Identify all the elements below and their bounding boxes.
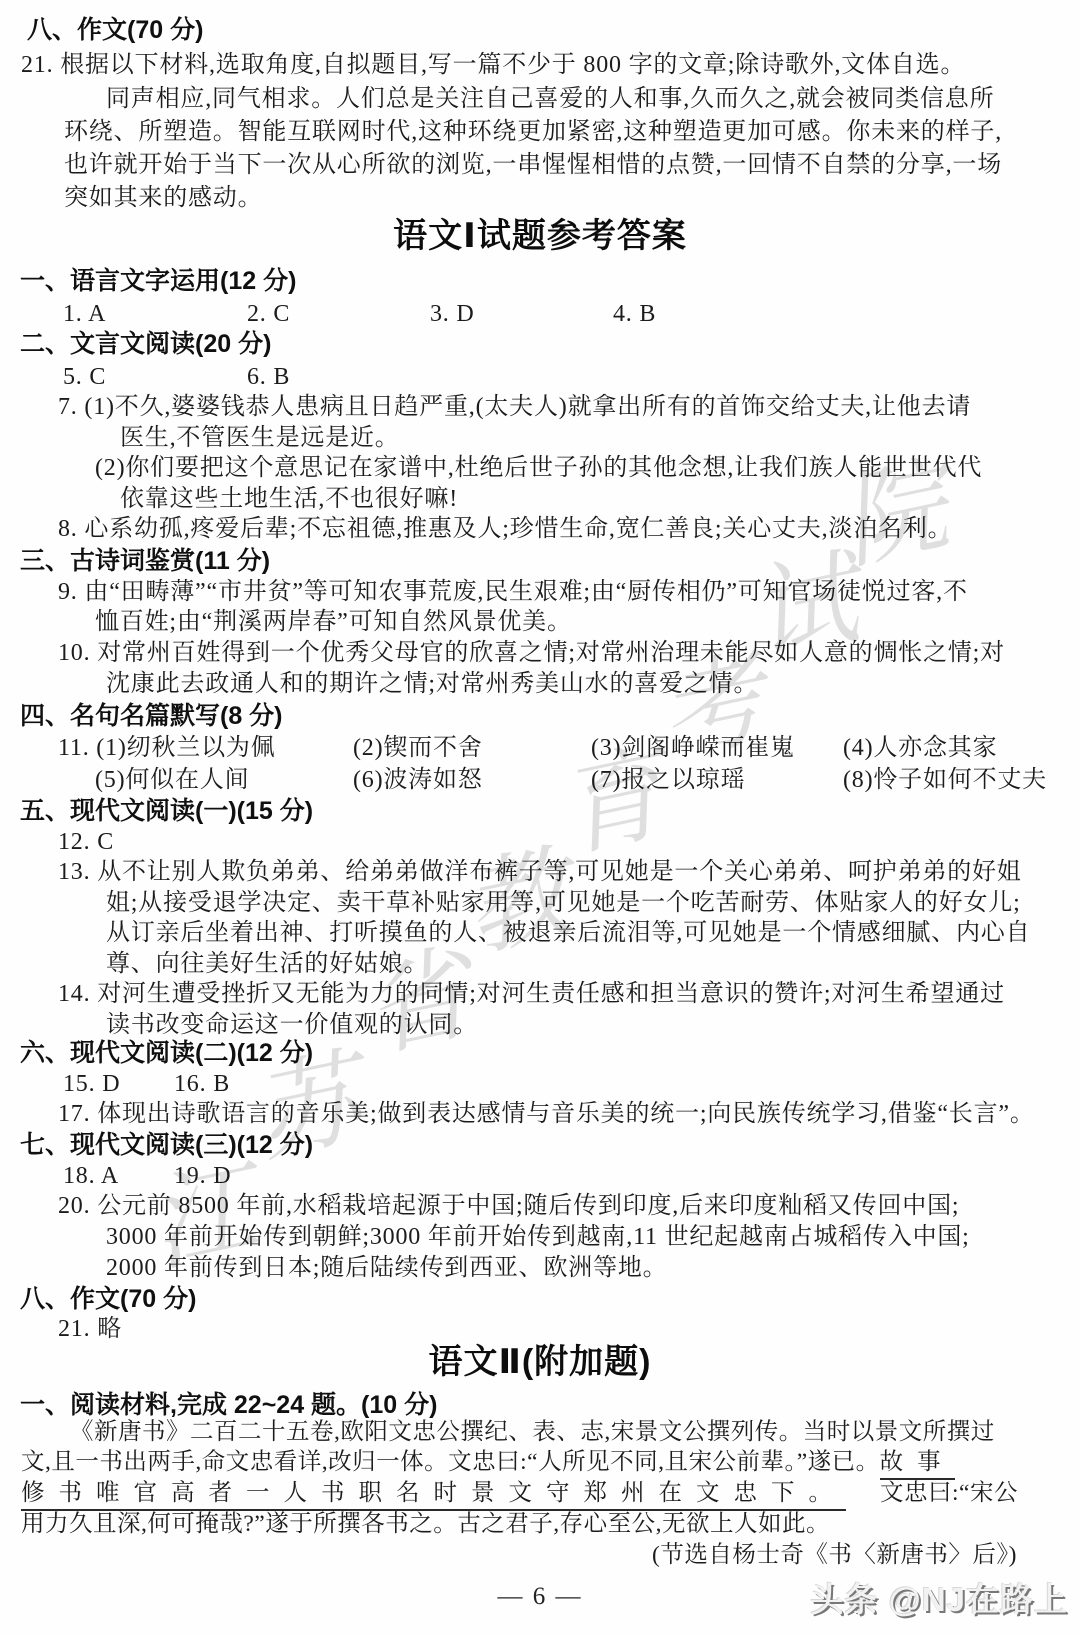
doc-text: 医生,不管医生是远是近。 (120, 425, 400, 451)
doc-text: 18. A (63, 1161, 119, 1191)
doc-text: (6)波涛如怒 (353, 765, 483, 795)
doc-text: 从订亲后坐着出神、打听摸鱼的人、被退亲后流泪等,可见她是一个情感细腻、内心自 (106, 920, 1030, 946)
doc-text: (节选自杨士奇《书〈新唐书〉后》) (652, 1542, 1017, 1568)
doc-text: 16. B (174, 1069, 230, 1099)
underlined-passage: 故事 (880, 1449, 955, 1480)
doc-text: 尊、向往美好生活的好姑娘。 (106, 951, 428, 977)
doc-text: 8. 心系幼孤,疼爱后辈;不忘祖德,推惠及人;珍惜生命,宽仁善良;关心丈夫,淡泊… (58, 516, 952, 542)
doc-line: 姐;从接受退学决定、卖干草补贴家用等,可见她是一个吃苦耐劳、体贴家人的好女儿; (0, 888, 1080, 918)
doc-text: 用力久且深,何可掩哉?”遂于所撰各书之。古之君子,存心至公,无欲上人如此。 (21, 1511, 830, 1537)
doc-line: 17. 体现出诗歌语言的音乐美;做到表达感情与音乐美的统一;向民族传统学习,借鉴… (0, 1099, 1080, 1129)
doc-text: 19. D (174, 1161, 231, 1191)
doc-text: 一、阅读材料,完成 22~24 题。(10 分) (20, 1391, 437, 1419)
doc-text: 1. A (63, 299, 106, 329)
section-heading: 四、名句名篇默写(8 分) (0, 701, 1080, 731)
doc-line: 13. 从不让别人欺负弟弟、给弟弟做洋布裤子等,可见她是一个关心弟弟、呵护弟弟的… (0, 857, 1080, 887)
doc-line: 20. 公元前 8500 年前,水稻栽培起源于中国;随后传到印度,后来印度籼稻又… (0, 1191, 1080, 1221)
doc-text: 15. D (63, 1069, 120, 1099)
doc-text: 八、作文(70 分) (20, 1285, 196, 1313)
doc-text: 《新唐书》二百二十五卷,欧阳文忠公撰纪、表、志,宋景文公撰列传。当时以景文所撰过 (70, 1419, 995, 1445)
doc-text: 同声相应,同气相求。人们总是关注自己喜爱的人和事,久而久之,就会被同类信息所 (106, 86, 994, 112)
doc-text: 11. (1)纫秋兰以为佩 (58, 733, 276, 763)
doc-line: 同声相应,同气相求。人们总是关注自己喜爱的人和事,久而久之,就会被同类信息所 (0, 84, 1080, 114)
credit-watermark: 头条 @NJ在路上 (810, 1574, 1068, 1621)
doc-text: 一、语言文字运用(12 分) (20, 267, 296, 295)
doc-line: 用力久且深,何可掩哉?”遂于所撰各书之。古之君子,存心至公,无欲上人如此。 (0, 1509, 1080, 1539)
doc-line: 14. 对河生遭受挫折又无能为力的同情;对河生责任感和担当意识的赞许;对河生希望… (0, 979, 1080, 1009)
doc-line: 从订亲后坐着出神、打听摸鱼的人、被退亲后流泪等,可见她是一个情感细腻、内心自 (0, 918, 1080, 948)
doc-line: 3000 年前开始传到朝鲜;3000 年前开始传到越南,11 世纪起越南占城稻传… (0, 1222, 1080, 1252)
doc-text: 2000 年前传到日本;随后陆续传到西亚、欧洲等地。 (106, 1255, 667, 1281)
doc-text: 环绕、所塑造。智能互联网时代,这种环绕更加紧密,这种塑造更加可感。你未来的样子, (64, 119, 1002, 145)
doc-line: 也许就开始于当下一次从心所欲的浏览,一串惺惺相惜的点赞,一回情不自禁的分享,一场 (0, 150, 1080, 180)
doc-line: 尊、向往美好生活的好姑娘。 (0, 949, 1080, 979)
doc-text: 6. B (247, 362, 290, 392)
doc-text: 17. 体现出诗歌语言的音乐美;做到表达感情与音乐美的统一;向民族传统学习,借鉴… (58, 1101, 1035, 1127)
doc-text: 9. 由“田畴薄”“市井贫”等可知农事荒废,民生艰难;由“厨传相仍”可知官场徒悦… (58, 579, 968, 605)
doc-text: 也许就开始于当下一次从心所欲的浏览,一串惺惺相惜的点赞,一回情不自禁的分享,一场 (64, 152, 1002, 178)
paper2-title: 语文Ⅱ(附加题) (0, 1334, 1080, 1383)
doc-text: 文忠曰:“宋公 (880, 1478, 1018, 1508)
doc-text: 读书改变命运这一价值观的认同。 (106, 1012, 478, 1038)
doc-text: (7)报之以琼瑶 (591, 765, 745, 795)
doc-line: 读书改变命运这一价值观的认同。 (0, 1010, 1080, 1040)
doc-text: 21. 根据以下材料,选取角度,自拟题目,写一篇不少于 800 字的文章;除诗歌… (21, 52, 965, 78)
doc-text: 三、古诗词鉴赏(11 分) (20, 547, 270, 575)
paper1-title: 语文Ⅰ试题参考答案 (0, 208, 1080, 257)
doc-text: (2)你们要把这个意思记在家谱中,杜绝后世子孙的其他念想,让我们族人能世世代代 (95, 455, 982, 481)
exam-answer-page: 江苏省教育考试院 八、作文(70 分)21. 根据以下材料,选取角度,自拟题目,… (0, 0, 1080, 1634)
doc-text: 10. 对常州百姓得到一个优秀父母官的欣喜之情;对常州治理未能尽如人意的惆怅之情… (58, 640, 1005, 666)
doc-text: 恤百姓;由“荆溪两岸春”可知自然风景优美。 (95, 609, 572, 635)
doc-text: 姐;从接受退学决定、卖干草补贴家用等,可见她是一个吃苦耐劳、体贴家人的好女儿; (106, 890, 1021, 916)
section-heading: 六、现代文阅读(二)(12 分) (0, 1038, 1080, 1068)
doc-line: 文,且一书出两手,命文忠看详,改归一体。文忠曰:“人所见不同,且宋公前辈。”遂已… (0, 1447, 1080, 1477)
doc-text: 沈康此去政通人和的期许之情;对常州秀美山水的喜爱之情。 (106, 671, 758, 697)
doc-text: 3000 年前开始传到朝鲜;3000 年前开始传到越南,11 世纪起越南占城稻传… (106, 1224, 970, 1250)
doc-text: (8)怜子如何不丈夫 (843, 765, 1047, 795)
doc-line: 《新唐书》二百二十五卷,欧阳文忠公撰纪、表、志,宋景文公撰列传。当时以景文所撰过 (0, 1417, 1080, 1447)
doc-line: 医生,不管医生是远是近。 (0, 423, 1080, 453)
doc-text: 五、现代文阅读(一)(15 分) (20, 797, 313, 825)
section-heading: 五、现代文阅读(一)(15 分) (0, 796, 1080, 826)
section-heading: 七、现代文阅读(三)(12 分) (0, 1130, 1080, 1160)
doc-text: 3. D (430, 299, 475, 329)
doc-text: (4)人亦念其家 (843, 733, 997, 763)
doc-line: 修书唯官高者一人书职名时景文守郑州在文忠下。文忠曰:“宋公 (0, 1478, 1080, 1508)
doc-line: 环绕、所塑造。智能互联网时代,这种环绕更加紧密,这种塑造更加可感。你未来的样子, (0, 117, 1080, 147)
doc-text: 7. (1)不久,婆婆钱恭人患病且日趋严重,(太夫人)就拿出所有的首饰交给丈夫,… (58, 394, 971, 420)
doc-text: (5)何似在人间 (95, 765, 249, 795)
doc-text: 14. 对河生遭受挫折又无能为力的同情;对河生责任感和担当意识的赞许;对河生希望… (58, 981, 1005, 1007)
doc-line: 依靠这些土地生活,不也很好嘛! (0, 484, 1080, 514)
doc-line: 7. (1)不久,婆婆钱恭人患病且日趋严重,(太夫人)就拿出所有的首饰交给丈夫,… (0, 392, 1080, 422)
doc-text: 八、作文(70 分) (27, 16, 203, 44)
section-heading: 一、阅读材料,完成 22~24 题。(10 分) (0, 1390, 1080, 1420)
doc-text: 5. C (63, 362, 106, 392)
doc-line: (2)你们要把这个意思记在家谱中,杜绝后世子孙的其他念想,让我们族人能世世代代 (0, 453, 1080, 483)
doc-text: 六、现代文阅读(二)(12 分) (20, 1039, 313, 1067)
doc-line: 12. C (0, 827, 1080, 857)
section-heading: 八、作文(70 分) (0, 15, 1080, 45)
doc-line: 9. 由“田畴薄”“市井贫”等可知农事荒废,民生艰难;由“厨传相仍”可知官场徒悦… (0, 577, 1080, 607)
doc-line: 沈康此去政通人和的期许之情;对常州秀美山水的喜爱之情。 (0, 669, 1080, 699)
doc-text: 13. 从不让别人欺负弟弟、给弟弟做洋布裤子等,可见她是一个关心弟弟、呵护弟弟的… (58, 859, 1022, 885)
doc-text: 依靠这些土地生活,不也很好嘛! (120, 486, 458, 512)
underlined-passage: 修书唯官高者一人书职名时景文守郑州在文忠下。 (21, 1480, 846, 1511)
doc-line: 21. 根据以下材料,选取角度,自拟题目,写一篇不少于 800 字的文章;除诗歌… (0, 50, 1080, 80)
doc-line: 8. 心系幼孤,疼爱后辈;不忘祖德,推惠及人;珍惜生命,宽仁善良;关心丈夫,淡泊… (0, 514, 1080, 544)
section-heading: 三、古诗词鉴赏(11 分) (0, 546, 1080, 576)
doc-text: 4. B (613, 299, 656, 329)
doc-line: 2000 年前传到日本;随后陆续传到西亚、欧洲等地。 (0, 1253, 1080, 1283)
doc-text: (3)剑阁峥嵘而崔嵬 (591, 733, 795, 763)
doc-text: 四、名句名篇默写(8 分) (20, 702, 283, 730)
doc-text: (2)锲而不舍 (353, 733, 483, 763)
doc-text: 20. 公元前 8500 年前,水稻栽培起源于中国;随后传到印度,后来印度籼稻又… (58, 1193, 959, 1219)
section-heading: 一、语言文字运用(12 分) (0, 266, 1080, 296)
section-heading: 二、文言文阅读(20 分) (0, 329, 1080, 359)
doc-line: 10. 对常州百姓得到一个优秀父母官的欣喜之情;对常州治理未能尽如人意的惆怅之情… (0, 638, 1080, 668)
doc-line: 恤百姓;由“荆溪两岸春”可知自然风景优美。 (0, 607, 1080, 637)
doc-text: 文,且一书出两手,命文忠看详,改归一体。文忠曰:“人所见不同,且宋公前辈。”遂已… (21, 1449, 880, 1475)
doc-text: 二、文言文阅读(20 分) (20, 330, 271, 358)
doc-line: (节选自杨士奇《书〈新唐书〉后》) (0, 1540, 1080, 1570)
doc-text: 12. C (58, 829, 114, 855)
doc-text: 2. C (247, 299, 290, 329)
section-heading: 八、作文(70 分) (0, 1284, 1080, 1314)
doc-text: 七、现代文阅读(三)(12 分) (20, 1131, 313, 1159)
